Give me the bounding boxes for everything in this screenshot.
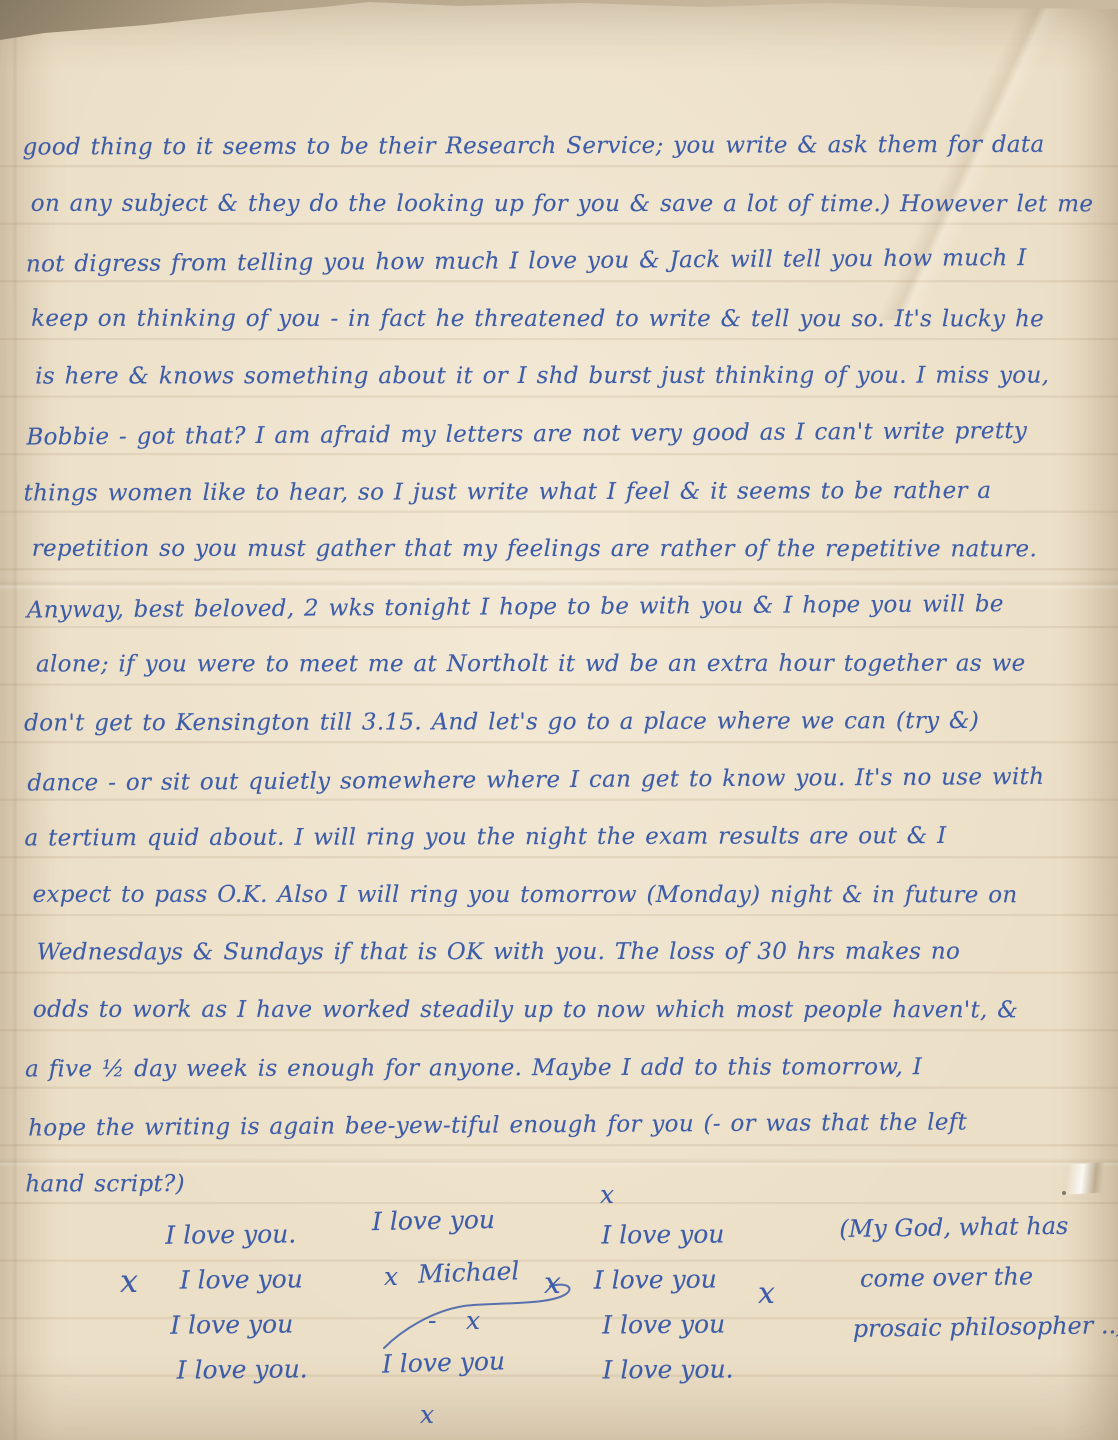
paper-shading — [0, 0, 1118, 1440]
paper-sheet: good thing to it seems to be their Resea… — [0, 0, 1118, 1440]
